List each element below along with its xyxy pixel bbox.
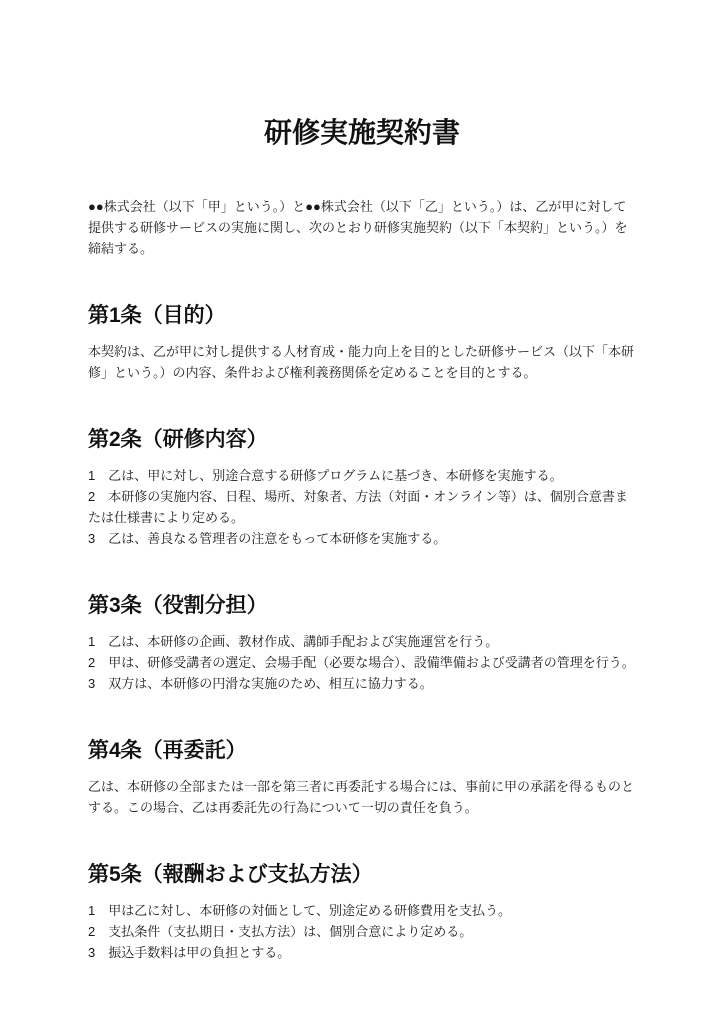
item-text: 甲は、研修受講者の選定、会場手配（必要な場合）、設備準備および受講者の管理を行う… xyxy=(108,655,635,670)
item-text: 本研修の実施内容、日程、場所、対象者、方法（対面・オンライン等）は、個別合意書ま… xyxy=(88,489,628,525)
item-number: 2 xyxy=(88,924,95,939)
item-number: 3 xyxy=(88,676,95,691)
document-title: 研修実施契約書 xyxy=(88,116,636,150)
item-number: 2 xyxy=(88,489,95,504)
article-1-body: 本契約は、乙が甲に対し提供する人材育成・能力向上を目的とした研修サービス（以下「… xyxy=(88,341,636,383)
article-5-item-2: 2支払条件（支払期日・支払方法）は、個別合意により定める。 xyxy=(88,921,636,942)
article-4-heading: 第4条（再委託） xyxy=(88,736,636,766)
article-5-heading: 第5条（報酬および支払方法） xyxy=(88,860,636,890)
article-3-item-3: 3双方は、本研修の円滑な実施のため、相互に協力する。 xyxy=(88,673,636,694)
article-2-heading: 第2条（研修内容） xyxy=(88,425,636,455)
item-number: 1 xyxy=(88,468,95,483)
item-text: 振込手数料は甲の負担とする。 xyxy=(108,945,290,960)
article-2-item-1: 1乙は、甲に対し、別途合意する研修プログラムに基づき、本研修を実施する。 xyxy=(88,465,636,486)
article-5-section: 第5条（報酬および支払方法） 1甲は乙に対し、本研修の対価として、別途定める研修… xyxy=(88,860,636,963)
article-3-section: 第3条（役割分担） 1乙は、本研修の企画、教材作成、講師手配および実施運営を行う… xyxy=(88,591,636,694)
article-1-heading: 第1条（目的） xyxy=(88,301,636,331)
item-text: 乙は、甲に対し、別途合意する研修プログラムに基づき、本研修を実施する。 xyxy=(108,468,562,483)
article-5-item-3: 3振込手数料は甲の負担とする。 xyxy=(88,942,636,963)
item-text: 乙は、本研修の企画、教材作成、講師手配および実施運営を行う。 xyxy=(108,634,498,649)
article-3-heading: 第3条（役割分担） xyxy=(88,591,636,621)
item-number: 3 xyxy=(88,945,95,960)
contract-document-page: 研修実施契約書 ●●株式会社（以下「甲」という。）と●●株式会社（以下「乙」とい… xyxy=(0,0,724,1024)
article-5-item-1: 1甲は乙に対し、本研修の対価として、別途定める研修費用を支払う。 xyxy=(88,900,636,921)
article-4-body: 乙は、本研修の全部または一部を第三者に再委託する場合には、事前に甲の承諾を得るも… xyxy=(88,776,636,818)
article-3-item-1: 1乙は、本研修の企画、教材作成、講師手配および実施運営を行う。 xyxy=(88,631,636,652)
item-number: 2 xyxy=(88,655,95,670)
article-2-section: 第2条（研修内容） 1乙は、甲に対し、別途合意する研修プログラムに基づき、本研修… xyxy=(88,425,636,549)
item-text: 双方は、本研修の円滑な実施のため、相互に協力する。 xyxy=(108,676,432,691)
item-text: 乙は、善良なる管理者の注意をもって本研修を実施する。 xyxy=(108,531,446,546)
article-4-section: 第4条（再委託） 乙は、本研修の全部または一部を第三者に再委託する場合には、事前… xyxy=(88,736,636,818)
intro-paragraph: ●●株式会社（以下「甲」という。）と●●株式会社（以下「乙」という。）は、乙が甲… xyxy=(88,196,636,259)
item-number: 1 xyxy=(88,634,95,649)
article-2-item-3: 3乙は、善良なる管理者の注意をもって本研修を実施する。 xyxy=(88,528,636,549)
item-number: 1 xyxy=(88,903,95,918)
article-1-section: 第1条（目的） 本契約は、乙が甲に対し提供する人材育成・能力向上を目的とした研修… xyxy=(88,301,636,383)
article-3-item-2: 2甲は、研修受講者の選定、会場手配（必要な場合）、設備準備および受講者の管理を行… xyxy=(88,652,636,673)
item-number: 3 xyxy=(88,531,95,546)
item-text: 支払条件（支払期日・支払方法）は、個別合意により定める。 xyxy=(108,924,472,939)
item-text: 甲は乙に対し、本研修の対価として、別途定める研修費用を支払う。 xyxy=(108,903,511,918)
article-2-item-2: 2本研修の実施内容、日程、場所、対象者、方法（対面・オンライン等）は、個別合意書… xyxy=(88,486,636,528)
